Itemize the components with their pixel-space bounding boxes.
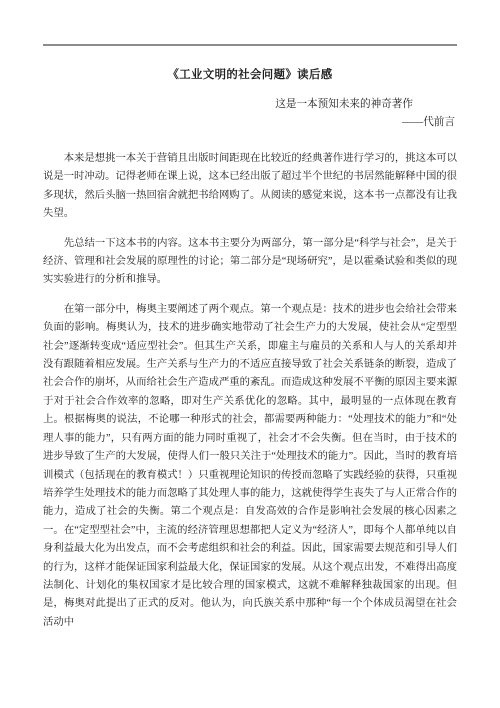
body-paragraph-3: 在第一部分中，梅奥主要阐述了两个观点。第一个观点是：技术的进步也会给社会带来负面… bbox=[43, 301, 457, 632]
document-title: 《工业文明的社会问题》读后感 bbox=[0, 66, 500, 82]
document-byline: ——代前言 bbox=[43, 114, 457, 132]
document-body: 本来是想挑一本关于营销且出版时间距现在比较近的经典著作进行学习的，挑这本可以说是… bbox=[43, 150, 457, 643]
subtitle-block: 这是一本预知未来的神奇著作 ——代前言 bbox=[43, 96, 457, 131]
document-subtitle: 这是一本预知未来的神奇著作 bbox=[43, 96, 457, 114]
header-rule bbox=[43, 44, 457, 46]
document-page: 《工业文明的社会问题》读后感 这是一本预知未来的神奇著作 ——代前言 本来是想挑… bbox=[0, 0, 500, 708]
body-paragraph-1: 本来是想挑一本关于营销且出版时间距现在比较近的经典著作进行学习的，挑这本可以说是… bbox=[43, 150, 457, 224]
body-paragraph-2: 先总结一下这本书的内容。这本书主要分为两部分，第一部分是“科学与社会”，是关于经… bbox=[43, 235, 457, 290]
